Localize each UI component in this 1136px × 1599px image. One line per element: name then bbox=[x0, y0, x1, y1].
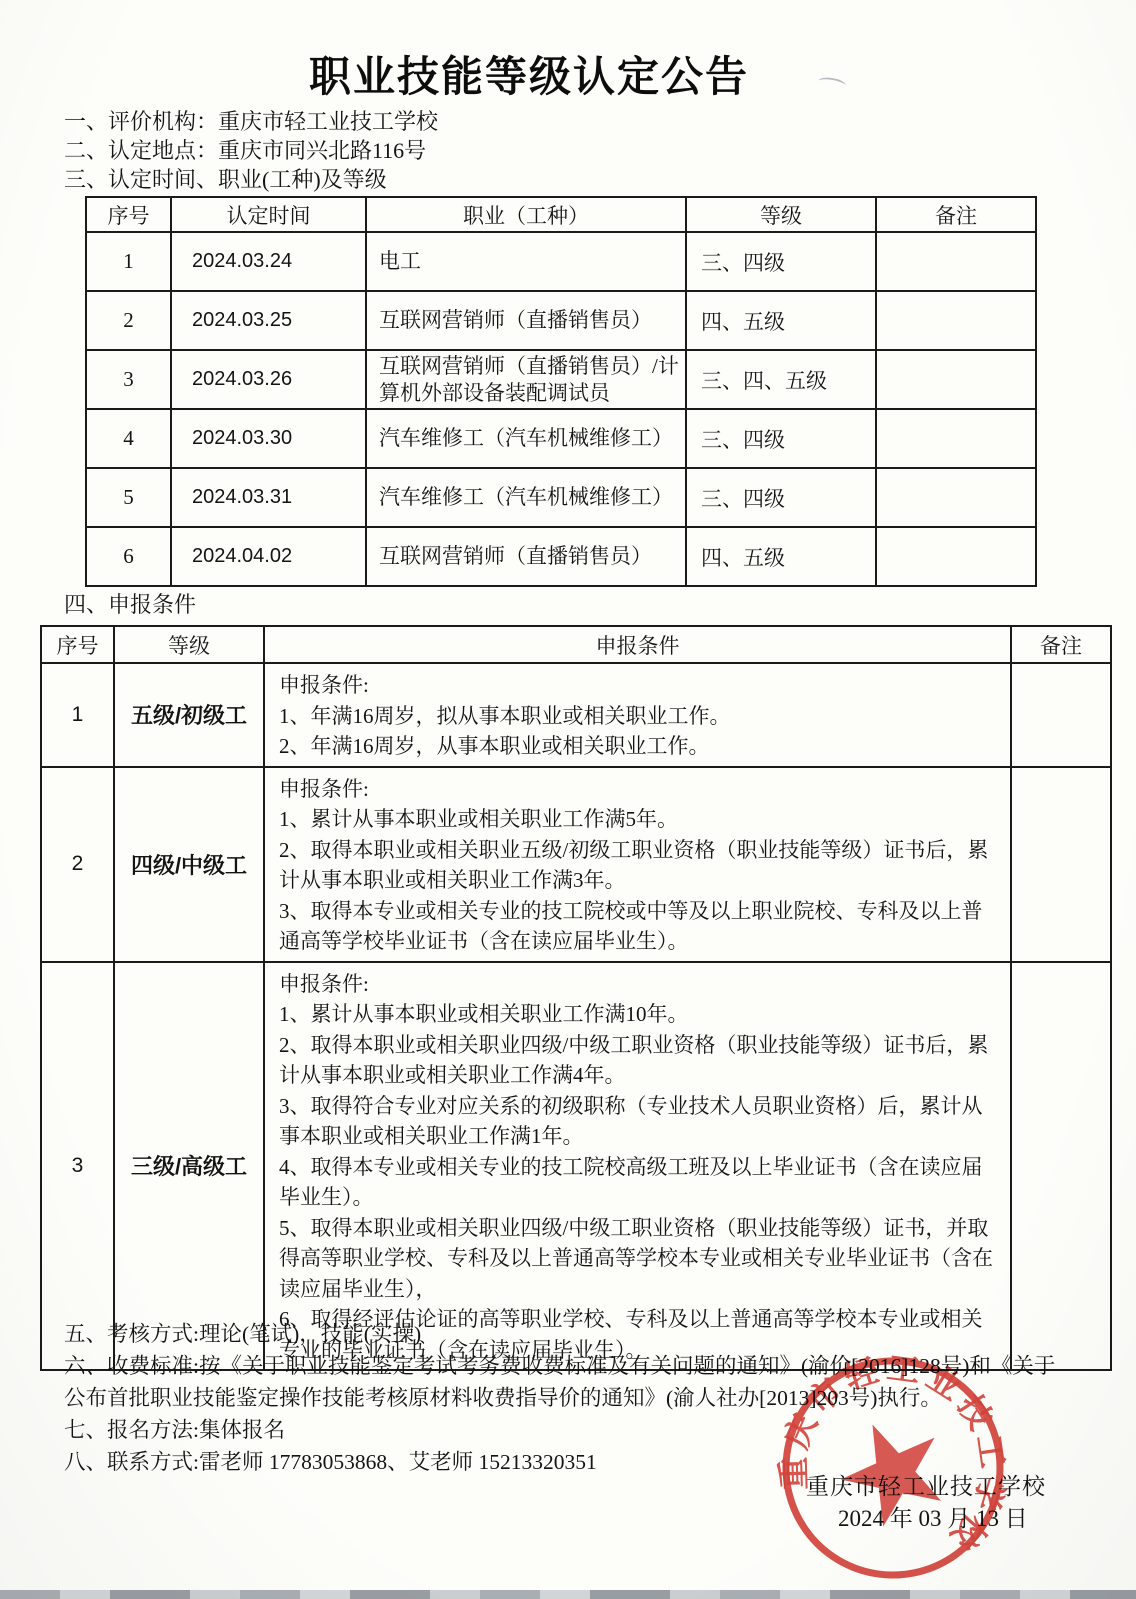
schedule-table-header-row: 序号认定时间职业（工种）等级备注 bbox=[86, 197, 1036, 232]
table-row: 22024.03.25互联网营销师（直播销售员）四、五级 bbox=[86, 291, 1036, 350]
note-cell bbox=[1011, 962, 1111, 1371]
level-cell: 三级/高级工 bbox=[114, 962, 264, 1371]
condition-line: 2、取得本职业或相关职业五级/初级工职业资格（职业技能等级）证书后，累计从事本职… bbox=[279, 835, 996, 896]
column-header: 备注 bbox=[1011, 626, 1111, 663]
table-cell: 4 bbox=[86, 409, 171, 468]
condition-line: 2、年满16周岁，从事本职业或相关职业工作。 bbox=[279, 731, 996, 762]
note-cell bbox=[1011, 767, 1111, 962]
table-cell bbox=[876, 527, 1036, 586]
level-cell: 五级/初级工 bbox=[114, 663, 264, 767]
level-cell: 四级/中级工 bbox=[114, 767, 264, 962]
table-cell: 1 bbox=[86, 232, 171, 291]
column-header: 申报条件 bbox=[264, 626, 1011, 663]
table-row: 3三级/高级工申报条件:1、累计从事本职业或相关职业工作满10年。2、取得本职业… bbox=[41, 962, 1111, 1371]
conditions-cell: 申报条件:1、年满16周岁，拟从事本职业或相关职业工作。2、年满16周岁，从事本… bbox=[264, 663, 1011, 767]
condition-line: 3、取得本专业或相关专业的技工院校或中等及以上职业院校、专科及以上普通高等学校毕… bbox=[279, 896, 996, 957]
column-header: 序号 bbox=[86, 197, 171, 232]
column-header: 等级 bbox=[686, 197, 876, 232]
intro-list: 一、评价机构：重庆市轻工业技工学校 二、认定地点：重庆市同兴北路116号 三、认… bbox=[64, 107, 438, 194]
stamp-star-icon bbox=[830, 1411, 953, 1534]
table-row: 2四级/中级工申报条件:1、累计从事本职业或相关职业工作满5年。2、取得本职业或… bbox=[41, 767, 1111, 962]
column-header: 职业（工种） bbox=[366, 197, 686, 232]
condition-line: 3、取得符合专业对应关系的初级职称（专业技术人员职业资格）后，累计从事本职业或相… bbox=[279, 1091, 996, 1152]
table-cell: 6 bbox=[86, 527, 171, 586]
table-cell: 三、四级 bbox=[686, 468, 876, 527]
condition-line: 2、取得本职业或相关职业四级/中级工职业资格（职业技能等级）证书后，累计从事本职… bbox=[279, 1030, 996, 1091]
scan-artifact-band bbox=[0, 1590, 1136, 1599]
condition-line: 申报条件: bbox=[279, 774, 996, 805]
table-cell: 三、四、五级 bbox=[686, 350, 876, 409]
table-row: 12024.03.24电工三、四级 bbox=[86, 232, 1036, 291]
table-cell: 2024.04.02 bbox=[171, 527, 366, 586]
table-row: 42024.03.30汽车维修工（汽车机械维修工）三、四级 bbox=[86, 409, 1036, 468]
column-header: 备注 bbox=[876, 197, 1036, 232]
conditions-cell: 申报条件:1、累计从事本职业或相关职业工作满5年。2、取得本职业或相关职业五级/… bbox=[264, 767, 1011, 962]
table-cell: 3 bbox=[86, 350, 171, 409]
table-row: 1五级/初级工申报条件:1、年满16周岁，拟从事本职业或相关职业工作。2、年满1… bbox=[41, 663, 1111, 767]
page-title: 职业技能等级认定公告 bbox=[0, 44, 1058, 104]
table-cell: 5 bbox=[86, 468, 171, 527]
column-header: 认定时间 bbox=[171, 197, 366, 232]
table-cell: 三、四级 bbox=[686, 409, 876, 468]
table-cell: 2024.03.31 bbox=[171, 468, 366, 527]
table-cell: 互联网营销师（直播销售员） bbox=[366, 527, 686, 586]
table-cell bbox=[876, 232, 1036, 291]
section4-heading: 四、申报条件 bbox=[64, 588, 196, 619]
table-row: 32024.03.26互联网营销师（直播销售员）/计算机外部设备装配调试员三、四… bbox=[86, 350, 1036, 409]
table-row: 52024.03.31汽车维修工（汽车机械维修工）三、四级 bbox=[86, 468, 1036, 527]
table-cell: 2 bbox=[86, 291, 171, 350]
table-cell: 三、四级 bbox=[686, 232, 876, 291]
column-header: 等级 bbox=[114, 626, 264, 663]
condition-line: 1、累计从事本职业或相关职业工作满5年。 bbox=[279, 804, 996, 835]
intro-item-1: 一、评价机构：重庆市轻工业技工学校 bbox=[64, 107, 438, 136]
table-cell bbox=[876, 468, 1036, 527]
condition-line: 1、年满16周岁，拟从事本职业或相关职业工作。 bbox=[279, 701, 996, 732]
table-row: 62024.04.02互联网营销师（直播销售员）四、五级 bbox=[86, 527, 1036, 586]
official-stamp: 重庆市轻工业技工学校 bbox=[763, 1338, 1023, 1598]
table-cell: 电工 bbox=[366, 232, 686, 291]
table-cell: 互联网营销师（直播销售员）/计算机外部设备装配调试员 bbox=[366, 350, 686, 409]
condition-line: 申报条件: bbox=[279, 670, 996, 701]
table-cell: 2024.03.30 bbox=[171, 409, 366, 468]
row-number-cell: 2 bbox=[41, 767, 114, 962]
table-cell: 2024.03.24 bbox=[171, 232, 366, 291]
table-cell bbox=[876, 291, 1036, 350]
conditions-cell: 申报条件:1、累计从事本职业或相关职业工作满10年。2、取得本职业或相关职业四级… bbox=[264, 962, 1011, 1371]
document-page: 职业技能等级认定公告 一、评价机构：重庆市轻工业技工学校 二、认定地点：重庆市同… bbox=[0, 0, 1136, 1599]
table-cell bbox=[876, 350, 1036, 409]
table-cell: 互联网营销师（直播销售员） bbox=[366, 291, 686, 350]
conditions-table-header-row: 序号等级申报条件备注 bbox=[41, 626, 1111, 663]
condition-line: 4、取得本专业或相关专业的技工院校高级工班及以上毕业证书（含在读应届毕业生）。 bbox=[279, 1152, 996, 1213]
table-cell: 2024.03.25 bbox=[171, 291, 366, 350]
table-cell: 2024.03.26 bbox=[171, 350, 366, 409]
condition-line: 1、累计从事本职业或相关职业工作满10年。 bbox=[279, 999, 996, 1030]
note-cell bbox=[1011, 663, 1111, 767]
table-cell: 四、五级 bbox=[686, 527, 876, 586]
condition-line: 5、取得本职业或相关职业四级/中级工职业资格（职业技能等级）证书，并取得高等职业… bbox=[279, 1213, 996, 1305]
column-header: 序号 bbox=[41, 626, 114, 663]
intro-item-2: 二、认定地点：重庆市同兴北路116号 bbox=[64, 136, 438, 165]
intro-item-3: 三、认定时间、职业(工种)及等级 bbox=[64, 165, 438, 194]
table-cell: 汽车维修工（汽车机械维修工） bbox=[366, 409, 686, 468]
row-number-cell: 3 bbox=[41, 962, 114, 1371]
table-cell: 四、五级 bbox=[686, 291, 876, 350]
table-cell bbox=[876, 409, 1036, 468]
table-cell: 汽车维修工（汽车机械维修工） bbox=[366, 468, 686, 527]
row-number-cell: 1 bbox=[41, 663, 114, 767]
condition-line: 申报条件: bbox=[279, 969, 996, 1000]
schedule-table: 序号认定时间职业（工种）等级备注 12024.03.24电工三、四级22024.… bbox=[85, 196, 1037, 587]
conditions-table: 序号等级申报条件备注 1五级/初级工申报条件:1、年满16周岁，拟从事本职业或相… bbox=[40, 625, 1112, 1371]
